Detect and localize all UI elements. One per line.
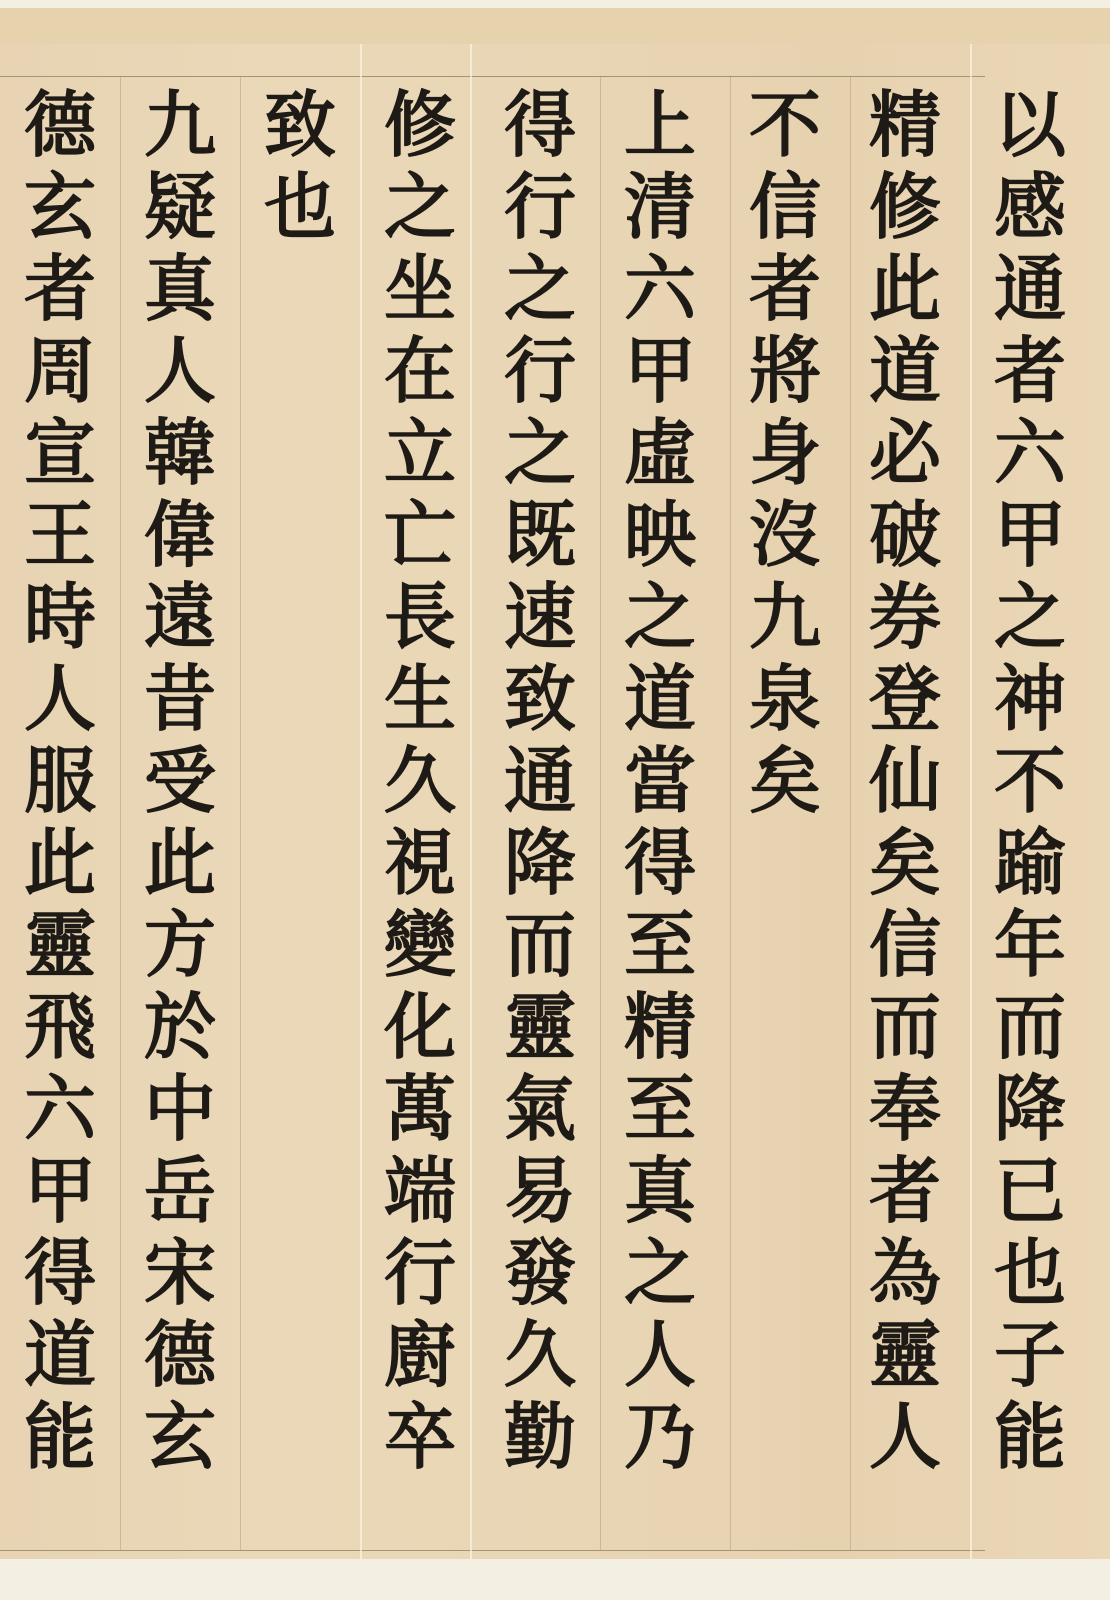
text-column-8: 九疑真人韓偉遠昔受此方於中岳宋德玄 xyxy=(125,84,235,1478)
glyph: 降 xyxy=(490,822,590,904)
glyph: 不 xyxy=(735,84,835,166)
glyph: 降 xyxy=(980,1068,1080,1150)
glyph: 已 xyxy=(980,1150,1080,1232)
glyph: 券 xyxy=(855,576,955,658)
glyph: 虛 xyxy=(610,412,710,494)
glyph: 得 xyxy=(10,1232,110,1314)
glyph: 以 xyxy=(980,84,1080,166)
glyph: 通 xyxy=(980,248,1080,330)
glyph: 而 xyxy=(855,986,955,1068)
glyph: 之 xyxy=(370,166,470,248)
glyph: 行 xyxy=(370,1232,470,1314)
glyph: 中 xyxy=(130,1068,230,1150)
glyph: 疑 xyxy=(130,166,230,248)
glyph: 六 xyxy=(980,412,1080,494)
glyph: 為 xyxy=(855,1232,955,1314)
glyph: 清 xyxy=(610,166,710,248)
glyph: 而 xyxy=(980,986,1080,1068)
glyph: 仙 xyxy=(855,740,955,822)
glyph: 王 xyxy=(10,494,110,576)
glyph: 甲 xyxy=(610,330,710,412)
glyph: 發 xyxy=(490,1232,590,1314)
glyph: 在 xyxy=(370,330,470,412)
glyph: 人 xyxy=(10,658,110,740)
glyph: 至 xyxy=(610,1068,710,1150)
glyph: 亡 xyxy=(370,494,470,576)
glyph: 立 xyxy=(370,412,470,494)
glyph: 既 xyxy=(490,494,590,576)
glyph: 上 xyxy=(610,84,710,166)
glyph: 六 xyxy=(10,1068,110,1150)
text-column-7: 致也 xyxy=(245,84,355,248)
glyph: 真 xyxy=(130,248,230,330)
glyph: 速 xyxy=(490,576,590,658)
glyph: 韓 xyxy=(130,412,230,494)
glyph: 德 xyxy=(130,1314,230,1396)
glyph: 時 xyxy=(10,576,110,658)
glyph: 通 xyxy=(490,740,590,822)
glyph: 岳 xyxy=(130,1150,230,1232)
glyph: 將 xyxy=(735,330,835,412)
manuscript-scroll: 以感通者六甲之神不踰年而降已也子能 精修此道必破券登仙矣信而奉者為靈人 不信者將… xyxy=(0,0,1110,1600)
glyph: 變 xyxy=(370,904,470,986)
glyph: 道 xyxy=(10,1314,110,1396)
glyph: 之 xyxy=(610,1232,710,1314)
glyph: 六 xyxy=(610,248,710,330)
glyph: 矣 xyxy=(735,740,835,822)
glyph: 久 xyxy=(490,1314,590,1396)
text-column-4: 上清六甲虛映之道當得至精至真之人乃 xyxy=(605,84,715,1478)
glyph: 化 xyxy=(370,986,470,1068)
glyph: 神 xyxy=(980,658,1080,740)
glyph: 廚 xyxy=(370,1314,470,1396)
bottom-ruling-line xyxy=(0,1550,985,1551)
glyph: 破 xyxy=(855,494,955,576)
text-column-1: 以感通者六甲之神不踰年而降已也子能 xyxy=(975,84,1085,1478)
glyph: 也 xyxy=(980,1232,1080,1314)
glyph: 能 xyxy=(980,1396,1080,1478)
glyph: 宣 xyxy=(10,412,110,494)
glyph: 此 xyxy=(855,248,955,330)
glyph: 當 xyxy=(610,740,710,822)
glyph: 氣 xyxy=(490,1068,590,1150)
glyph: 之 xyxy=(980,576,1080,658)
text-column-5: 得行之行之既速致通降而靈氣易發久勤 xyxy=(485,84,595,1478)
column-rule xyxy=(120,76,121,1550)
glyph: 泉 xyxy=(735,658,835,740)
glyph: 此 xyxy=(10,822,110,904)
glyph: 人 xyxy=(855,1396,955,1478)
glyph: 奉 xyxy=(855,1068,955,1150)
glyph: 年 xyxy=(980,904,1080,986)
glyph: 生 xyxy=(370,658,470,740)
glyph: 致 xyxy=(250,84,350,166)
glyph: 端 xyxy=(370,1150,470,1232)
glyph: 飛 xyxy=(10,986,110,1068)
glyph: 靈 xyxy=(10,904,110,986)
glyph: 靈 xyxy=(490,986,590,1068)
glyph: 萬 xyxy=(370,1068,470,1150)
glyph: 勤 xyxy=(490,1396,590,1478)
glyph: 周 xyxy=(10,330,110,412)
glyph: 德 xyxy=(10,84,110,166)
glyph: 昔 xyxy=(130,658,230,740)
text-column-2: 精修此道必破券登仙矣信而奉者為靈人 xyxy=(850,84,960,1478)
glyph: 沒 xyxy=(735,494,835,576)
paper-seam xyxy=(360,44,362,1559)
glyph: 人 xyxy=(130,330,230,412)
glyph: 行 xyxy=(490,166,590,248)
glyph: 受 xyxy=(130,740,230,822)
glyph: 者 xyxy=(10,248,110,330)
glyph: 修 xyxy=(370,84,470,166)
glyph: 玄 xyxy=(10,166,110,248)
paper-bottom-margin xyxy=(0,1560,1110,1600)
glyph: 能 xyxy=(10,1396,110,1478)
glyph: 甲 xyxy=(10,1150,110,1232)
glyph: 人 xyxy=(610,1314,710,1396)
glyph: 行 xyxy=(490,330,590,412)
glyph: 得 xyxy=(610,822,710,904)
glyph: 精 xyxy=(610,986,710,1068)
glyph: 信 xyxy=(735,166,835,248)
glyph: 不 xyxy=(980,740,1080,822)
glyph: 甲 xyxy=(980,494,1080,576)
paper-seam xyxy=(970,44,972,1559)
glyph: 道 xyxy=(855,330,955,412)
glyph: 而 xyxy=(490,904,590,986)
column-rule xyxy=(240,76,241,1550)
glyph: 道 xyxy=(610,658,710,740)
glyph: 矣 xyxy=(855,822,955,904)
glyph: 感 xyxy=(980,166,1080,248)
glyph: 信 xyxy=(855,904,955,986)
glyph: 之 xyxy=(610,576,710,658)
glyph: 玄 xyxy=(130,1396,230,1478)
top-ruling-line xyxy=(0,76,985,77)
glyph: 方 xyxy=(130,904,230,986)
glyph: 身 xyxy=(735,412,835,494)
glyph: 映 xyxy=(610,494,710,576)
glyph: 靈 xyxy=(855,1314,955,1396)
glyph: 易 xyxy=(490,1150,590,1232)
glyph: 此 xyxy=(130,822,230,904)
glyph: 久 xyxy=(370,740,470,822)
glyph: 真 xyxy=(610,1150,710,1232)
glyph: 子 xyxy=(980,1314,1080,1396)
glyph: 之 xyxy=(490,248,590,330)
glyph: 至 xyxy=(610,904,710,986)
glyph: 視 xyxy=(370,822,470,904)
glyph: 者 xyxy=(980,330,1080,412)
glyph: 乃 xyxy=(610,1396,710,1478)
text-column-3: 不信者將身沒九泉矣 xyxy=(730,84,840,822)
glyph: 坐 xyxy=(370,248,470,330)
glyph: 九 xyxy=(735,576,835,658)
glyph: 宋 xyxy=(130,1232,230,1314)
glyph: 卒 xyxy=(370,1396,470,1478)
glyph: 偉 xyxy=(130,494,230,576)
text-column-6: 修之坐在立亡長生久視變化萬端行廚卒 xyxy=(365,84,475,1478)
glyph: 九 xyxy=(130,84,230,166)
glyph: 得 xyxy=(490,84,590,166)
text-column-9: 德玄者周宣王時人服此靈飛六甲得道能 xyxy=(5,84,115,1478)
glyph: 之 xyxy=(490,412,590,494)
glyph: 精 xyxy=(855,84,955,166)
paper-top-band xyxy=(0,8,1110,48)
glyph: 登 xyxy=(855,658,955,740)
glyph: 者 xyxy=(735,248,835,330)
glyph: 必 xyxy=(855,412,955,494)
glyph: 踰 xyxy=(980,822,1080,904)
glyph: 者 xyxy=(855,1150,955,1232)
glyph: 修 xyxy=(855,166,955,248)
glyph: 致 xyxy=(490,658,590,740)
glyph: 遠 xyxy=(130,576,230,658)
glyph: 於 xyxy=(130,986,230,1068)
column-rule xyxy=(600,76,601,1550)
glyph: 也 xyxy=(250,166,350,248)
glyph: 長 xyxy=(370,576,470,658)
glyph: 服 xyxy=(10,740,110,822)
